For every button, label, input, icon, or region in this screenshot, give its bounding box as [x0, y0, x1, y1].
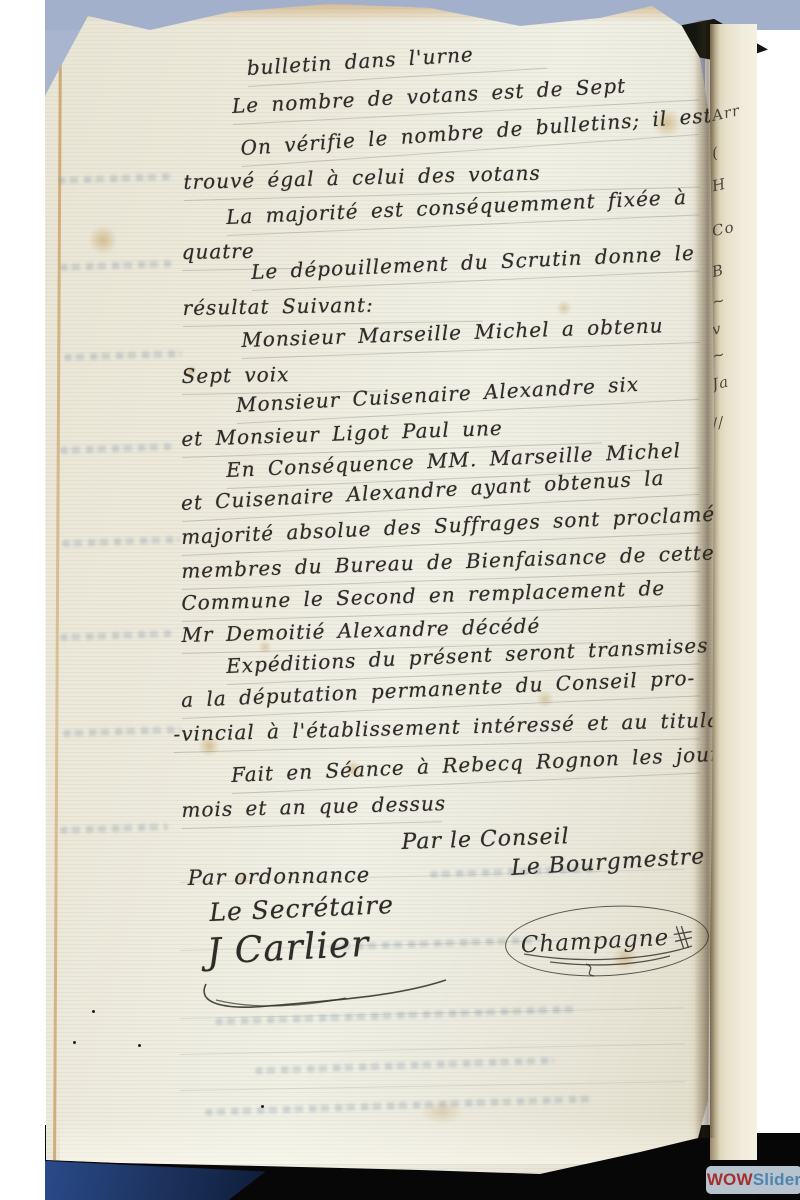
- secretary-signature-flourish-icon: [192, 976, 454, 1014]
- secretary-signature: J Carlier: [206, 924, 371, 973]
- wowslider-watermark[interactable]: WOWSlider: [706, 1166, 800, 1194]
- ink-speck: [73, 1041, 76, 1044]
- manuscript-photo: Arr ( H Co B ~ v ~ Ja //: [0, 0, 800, 1200]
- manuscript-page: bulletin dans l'urne Le nombre de votans…: [0, 0, 800, 1200]
- page-bottom-edge-highlight: [60, 1118, 700, 1164]
- ink-speck: [138, 1044, 141, 1047]
- gutter-shadow: [694, 20, 716, 1138]
- mayor-signature-flourish-icon: [520, 938, 700, 978]
- ink-speck: [261, 1105, 264, 1108]
- foxing-stain: [88, 225, 118, 255]
- watermark-wow-text: WOW: [707, 1170, 753, 1190]
- ink-speck: [92, 1010, 95, 1013]
- watermark-slider-text: Slider: [753, 1170, 800, 1190]
- foxing-stain: [420, 1100, 464, 1124]
- closing-par-ordonnance: Par ordonnance: [188, 863, 371, 890]
- foxing-stain: [556, 300, 572, 316]
- adjacent-page-strip: Arr ( H Co B ~ v ~ Ja //: [710, 24, 757, 1160]
